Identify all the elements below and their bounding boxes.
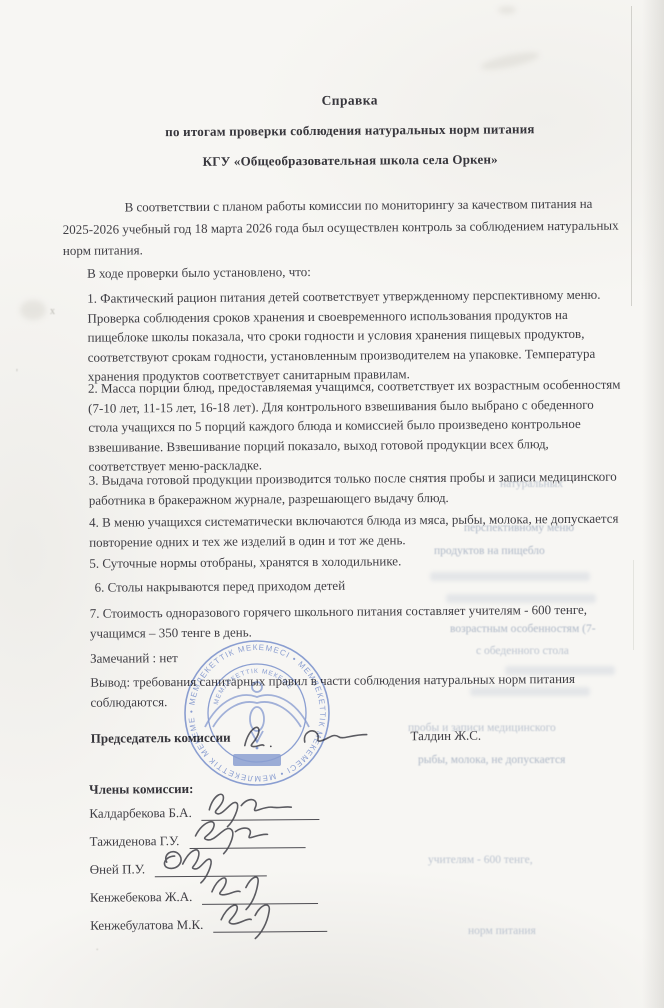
stamp-inner-text: МЕМЛЕКЕТТІК МЕКЕМЕ — [213, 668, 294, 706]
document-subtitle: по итогам проверки соблюдения натуральны… — [86, 121, 614, 141]
organization-name: КГУ «Общеобразовательная школа села Орке… — [86, 151, 614, 171]
member-name: Өней П.У. — [90, 861, 145, 877]
member-signature-row: Кенжебулатова М.К. — [90, 916, 327, 934]
conclusion-paragraph: Вывод: требования санитарных правил в ча… — [90, 669, 626, 712]
finding-item-5: 5. Суточные нормы отобраны, хранятся в х… — [89, 550, 623, 574]
scanned-document-page: х ' . натуральных перспективному меню пр… — [0, 0, 664, 1008]
finding-item-1: 1. Фактический рацион питания детей соот… — [87, 285, 622, 387]
finding-item-7: 7. Стоимость одноразового горячего школь… — [90, 600, 624, 643]
document-content: Справка по итогам проверки соблюдения на… — [0, 0, 664, 1008]
official-stamp-icon: • МЕМЛЕКЕТТІК МЕКЕМЕСІ • МЕМЛЕКЕТТІК МЕК… — [181, 637, 333, 789]
finding-item-3: 3. Выдача готовой продукции производится… — [89, 467, 623, 510]
title-block: Справка по итогам проверки соблюдения на… — [86, 91, 615, 171]
members-heading: Члены комиссии: — [89, 781, 193, 798]
member-name: Кенжебекова Ж.А. — [90, 889, 192, 906]
document-title: Справка — [86, 91, 614, 111]
svg-text:МЕМЛЕКЕТТІК МЕКЕМЕ: МЕМЛЕКЕТТІК МЕКЕМЕ — [213, 668, 294, 706]
findings-heading: В ходе проверки было установлено, что: — [87, 262, 311, 283]
chairman-name: Талдин Ж.С. — [410, 728, 481, 745]
intro-paragraph: В соответствии с планом работы комиссии … — [62, 193, 624, 262]
finding-item-4: 4. В меню учащихся систематически включа… — [89, 509, 631, 552]
member-name: Кенжебулатова М.К. — [90, 917, 203, 934]
stamp-banner — [233, 754, 281, 766]
finding-item-6: 6. Столы накрываются перед приходом дете… — [94, 574, 628, 598]
finding-item-2: 2. Масса порции блюд, предоставляемая уч… — [88, 375, 623, 477]
member-name: Калдарбекова Б.А. — [89, 805, 192, 822]
member-signature — [213, 917, 327, 933]
remarks-line: Замечаний : нет — [90, 648, 178, 668]
